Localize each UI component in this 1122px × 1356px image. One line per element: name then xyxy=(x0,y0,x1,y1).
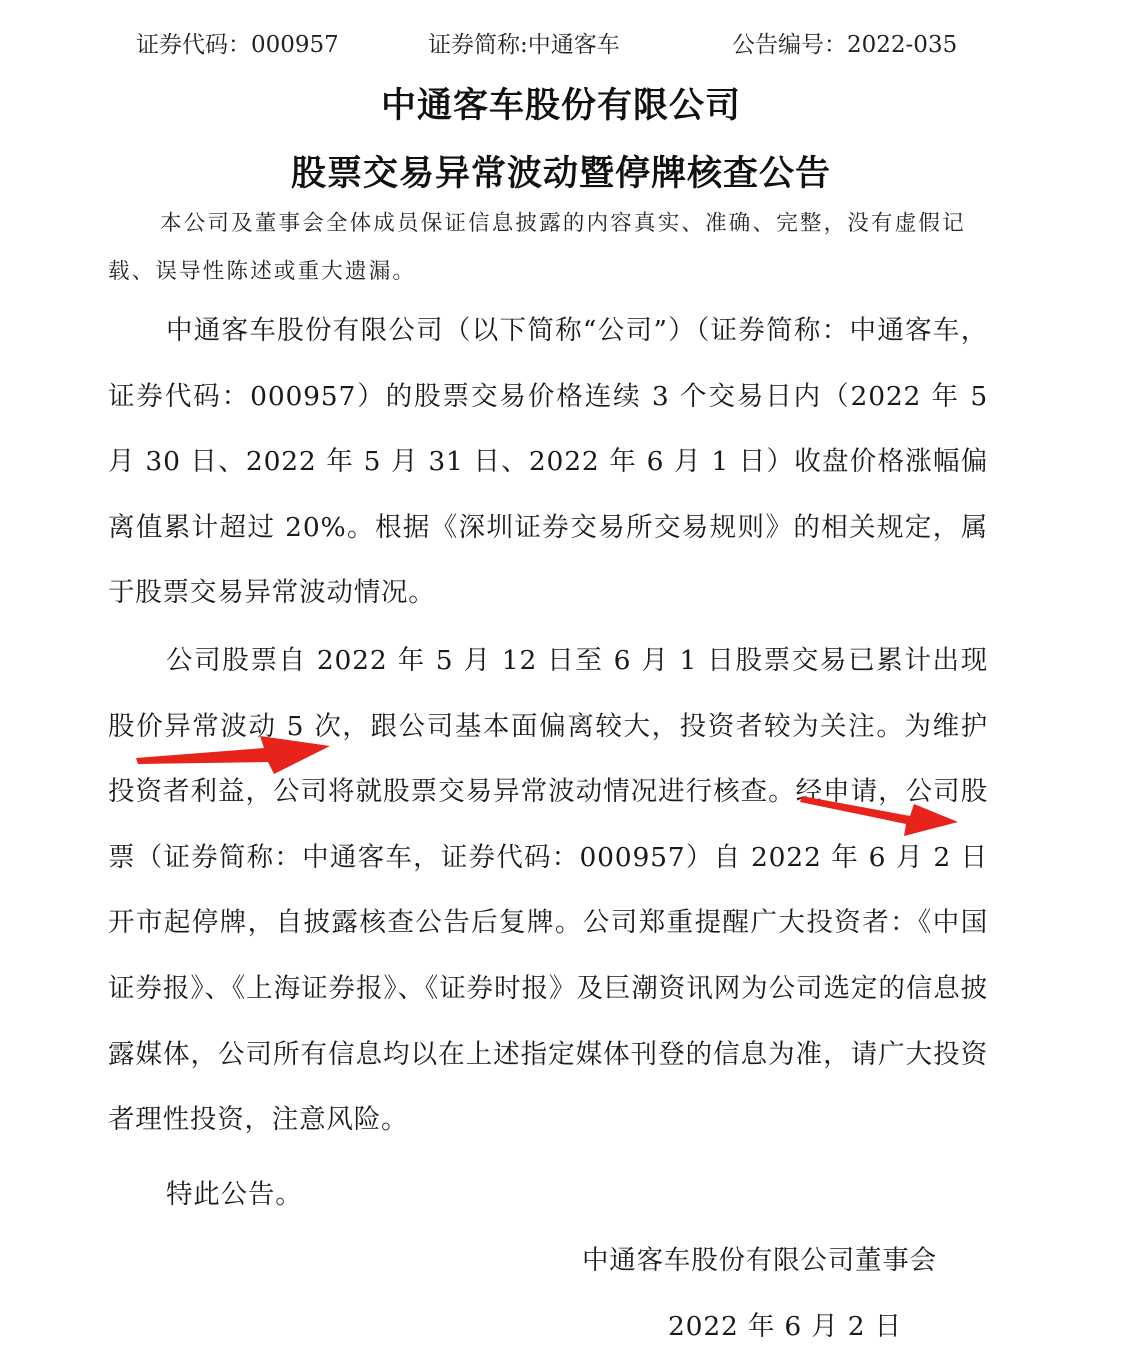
document-header: 证券代码：000957 证券简称:中通客车 公告编号：2022-035 xyxy=(0,26,1122,60)
title-announcement: 股票交易异常波动暨停牌核查公告 xyxy=(0,146,1122,196)
signatory: 中通客车股份有限公司董事会 xyxy=(582,1238,937,1277)
red-arrow-icon xyxy=(134,728,334,778)
paragraph-2: 公司股票自 2022 年 5 月 12 日至 6 月 1 日股票交易已累计出现股… xyxy=(108,628,988,1153)
closing-statement: 特此公告。 xyxy=(166,1172,303,1211)
disclaimer: 本公司及董事会全体成员保证信息披露的内容真实、准确、完整，没有虚假记载、误导性陈… xyxy=(108,200,988,296)
announcement-date: 2022 年 6 月 2 日 xyxy=(668,1304,902,1343)
announcement-number: 公告编号：2022-035 xyxy=(732,26,957,59)
title-company: 中通客车股份有限公司 xyxy=(0,78,1122,128)
paragraph-1: 中通客车股份有限公司（以下简称“公司”）（证券简称：中通客车，证券代码：0009… xyxy=(108,298,988,626)
red-arrow-icon xyxy=(800,790,960,840)
stock-abbreviation: 证券简称:中通客车 xyxy=(428,26,620,59)
stock-code: 证券代码：000957 xyxy=(136,26,339,59)
